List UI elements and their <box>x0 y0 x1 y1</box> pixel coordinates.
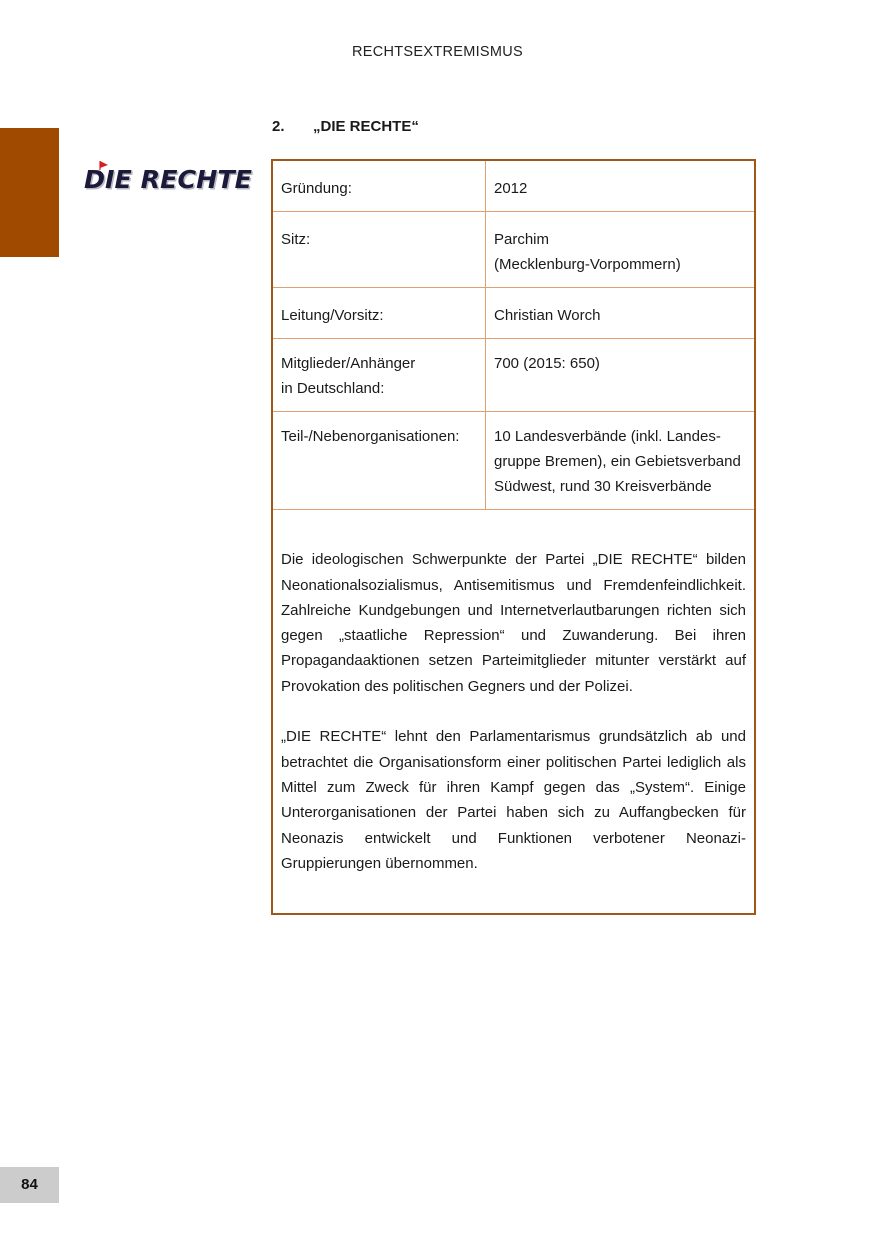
chapter-side-tab <box>0 128 59 257</box>
row-value: Christian Worch <box>486 288 756 339</box>
section-number: 2. <box>272 118 313 135</box>
row-label: Teil-/Nebenorganisationen: <box>272 412 486 510</box>
table-row: Sitz: Parchim (Mecklenburg-Vorpommern) <box>272 212 755 288</box>
table-row: Gründung: 2012 <box>272 160 755 212</box>
running-header: RECHTSEXTREMISMUS <box>0 44 875 60</box>
row-label: Leitung/Vorsitz: <box>272 288 486 339</box>
row-value: Parchim (Mecklenburg-Vorpommern) <box>486 212 756 288</box>
section-heading: 2.„DIE RECHTE“ <box>272 118 419 135</box>
description-paragraph: „DIE RECHTE“ lehnt den Parlamentarismus … <box>281 724 746 876</box>
description-paragraph: Die ideologischen Schwerpunkte der Parte… <box>281 547 746 699</box>
description-cell: Die ideologischen Schwerpunkte der Parte… <box>272 510 755 915</box>
table-row: Teil-/Nebenorganisationen: 10 Landesverb… <box>272 412 755 510</box>
section-title: „DIE RECHTE“ <box>313 118 419 135</box>
page-number: 84 <box>0 1167 59 1203</box>
description-row: Die ideologischen Schwerpunkte der Parte… <box>272 510 755 915</box>
party-logo: DIE RECHTE DIE RECHTE <box>80 158 255 192</box>
row-label: Mitglieder/Anhänger in Deutschland: <box>272 339 486 412</box>
table-row: Leitung/Vorsitz: Christian Worch <box>272 288 755 339</box>
logo-text: DIE RECHTE <box>84 165 252 192</box>
row-value: 700 (2015: 650) <box>486 339 756 412</box>
row-label: Gründung: <box>272 160 486 212</box>
row-value: 2012 <box>486 160 756 212</box>
row-value: 10 Landesverbände (inkl. Landes- gruppe … <box>486 412 756 510</box>
row-label: Sitz: <box>272 212 486 288</box>
party-info-table: Gründung: 2012 Sitz: Parchim (Mecklenbur… <box>271 159 756 915</box>
table-row: Mitglieder/Anhänger in Deutschland: 700 … <box>272 339 755 412</box>
